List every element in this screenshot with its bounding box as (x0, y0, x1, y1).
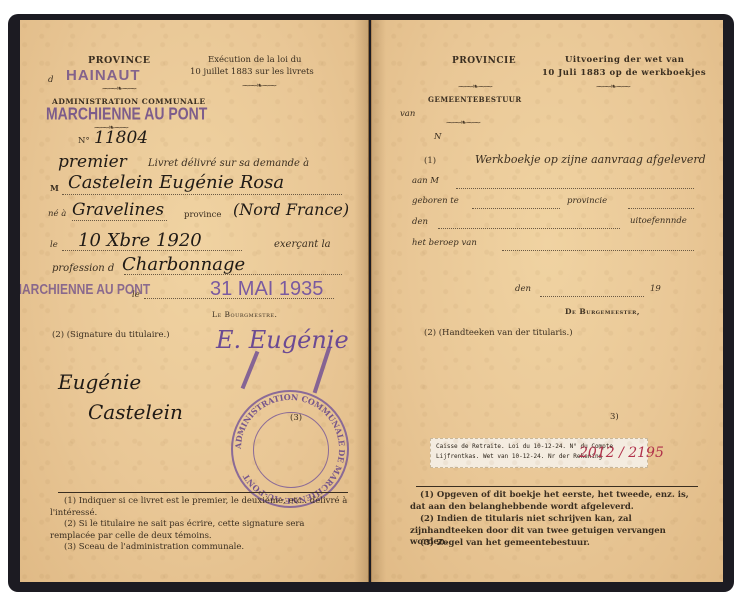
dotted-line (472, 208, 560, 209)
dotted-line (502, 250, 694, 251)
dotted-line (540, 296, 644, 297)
den-label: den (412, 217, 428, 227)
label-line-2: Lijfrentkas. Wet van 10-12-24. Nr der Re… (436, 453, 602, 460)
date-den-label: den (515, 284, 531, 294)
ornament-divider: ⁓⁓❧⁓⁓ (102, 84, 136, 93)
commune-stamp: MARCHIENNE AU PONT (46, 103, 207, 123)
ornament-divider: ⁓⁓❧⁓⁓ (446, 118, 480, 127)
pension-label-strip: Caisse de Retraite. Loi du 10-12-24. N° … (430, 438, 648, 468)
issued-text: Werkboekje op zijne aanvraag afgeleverd (475, 153, 706, 166)
note-marker: (1) (424, 156, 436, 166)
year-prefix: 19 (650, 284, 661, 294)
seal-text: ADMINISTRATION COMMUNALE DE MARCHIENNE-A… (233, 392, 347, 506)
law-line-1: Uitvoering der wet van (565, 55, 684, 65)
signature-label: (2) (Handteeken van der titularis.) (424, 328, 573, 338)
date-stamp: 31 MAI 1935 (210, 278, 323, 301)
born-label: geboren te (412, 196, 459, 206)
law-line-1: Exécution de la loi du (208, 55, 302, 65)
dotted-line (628, 208, 694, 209)
born-label: né à (48, 209, 66, 219)
ornament-divider: ⁓⁓❧⁓⁓ (596, 82, 630, 91)
province-word: province (184, 210, 221, 220)
m-label: M (50, 183, 59, 193)
law-line-2: 10 juillet 1883 sur les livrets (190, 67, 314, 77)
footnote-1: (1) Indiquer si ce livret est le premier… (50, 496, 350, 519)
province-word: provincie (567, 196, 607, 206)
le-label: le (132, 290, 140, 300)
birth-date: 10 Xbre 1920 (78, 230, 202, 251)
holder-name: Castelein Eugénie Rosa (68, 172, 284, 193)
exercising-text: exerçant la (274, 239, 331, 250)
law-line-2: 10 Juli 1883 op de werkboekjes (542, 68, 706, 78)
holder-signature-last: Castelein (88, 400, 183, 424)
birthplace: Gravelines (72, 200, 164, 220)
practicing-text: uitoefennnde (630, 216, 687, 226)
dotted-line (62, 194, 342, 195)
profession-label: het beroep van (412, 238, 477, 248)
place-stamp: MARCHIENNE AU PONT (20, 281, 150, 298)
admin-label: GEMEENTEBESTUUR (428, 95, 522, 104)
mayor-label: De Burgemeester, (565, 307, 640, 316)
seal-text-ring: ADMINISTRATION COMMUNALE DE MARCHIENNE-A… (231, 390, 349, 508)
footnote-rule (58, 492, 348, 493)
date-prefix: le (50, 240, 58, 250)
signature-label: (2) (Signature du titulaire.) (52, 330, 170, 340)
ornament-divider: ⁓⁓❧⁓⁓ (242, 81, 276, 90)
dotted-line (72, 220, 167, 221)
province-stamp: HAINAUT (66, 67, 141, 84)
profession-value: Charbonnage (122, 254, 245, 275)
svg-text:ADMINISTRATION COMMUNALE DE MA: ADMINISTRATION COMMUNALE DE MARCHIENNE-A… (233, 392, 347, 506)
number-label: N° (78, 136, 90, 146)
footnote-3: (3) Zegel van het gemeentebestuur. (410, 538, 702, 550)
province-label: PROVINCE (88, 55, 150, 66)
gutter-shadow (372, 20, 386, 582)
ornament-divider: ⁓⁓❧⁓⁓ (458, 82, 492, 91)
province-prefix: d (48, 75, 53, 85)
dotted-line (456, 188, 694, 189)
seal-note: (3) (290, 413, 302, 423)
issued-text: Livret délivré sur sa demande à (148, 158, 309, 169)
right-page: PROVINCIE ⁓⁓❧⁓⁓ Uitvoering der wet van 1… (371, 20, 723, 582)
booklet-number: 11804 (94, 128, 148, 148)
footnote-1: (1) Opgeven of dit boekje het eerste, he… (410, 490, 702, 513)
left-page: PROVINCE d HAINAUT ⁓⁓❧⁓⁓ Exécution de la… (20, 20, 369, 582)
aan-label: aan M (412, 176, 439, 186)
seal-note: 3) (610, 412, 619, 422)
number-label: N (434, 132, 441, 142)
account-number: 2012 / 2195 (579, 445, 664, 461)
profession-label: profession d (52, 263, 114, 274)
footnote-2: (2) Si le titulaire ne sait pas écrire, … (50, 519, 350, 542)
holder-signature-first: Eugénie (58, 370, 141, 394)
van-label: van (400, 109, 415, 119)
ordinal-handwritten: premier (58, 152, 127, 172)
gutter-shadow (354, 20, 368, 582)
mayor-label: Le Bourgmestre. (212, 310, 277, 319)
footnote-3: (3) Sceau de l'administration communale. (50, 542, 350, 554)
signature-stroke (241, 351, 260, 390)
footnote-rule (416, 486, 698, 487)
dotted-line (438, 228, 620, 229)
birth-province: (Nord France) (233, 200, 349, 219)
province-label: PROVINCIE (452, 56, 516, 66)
